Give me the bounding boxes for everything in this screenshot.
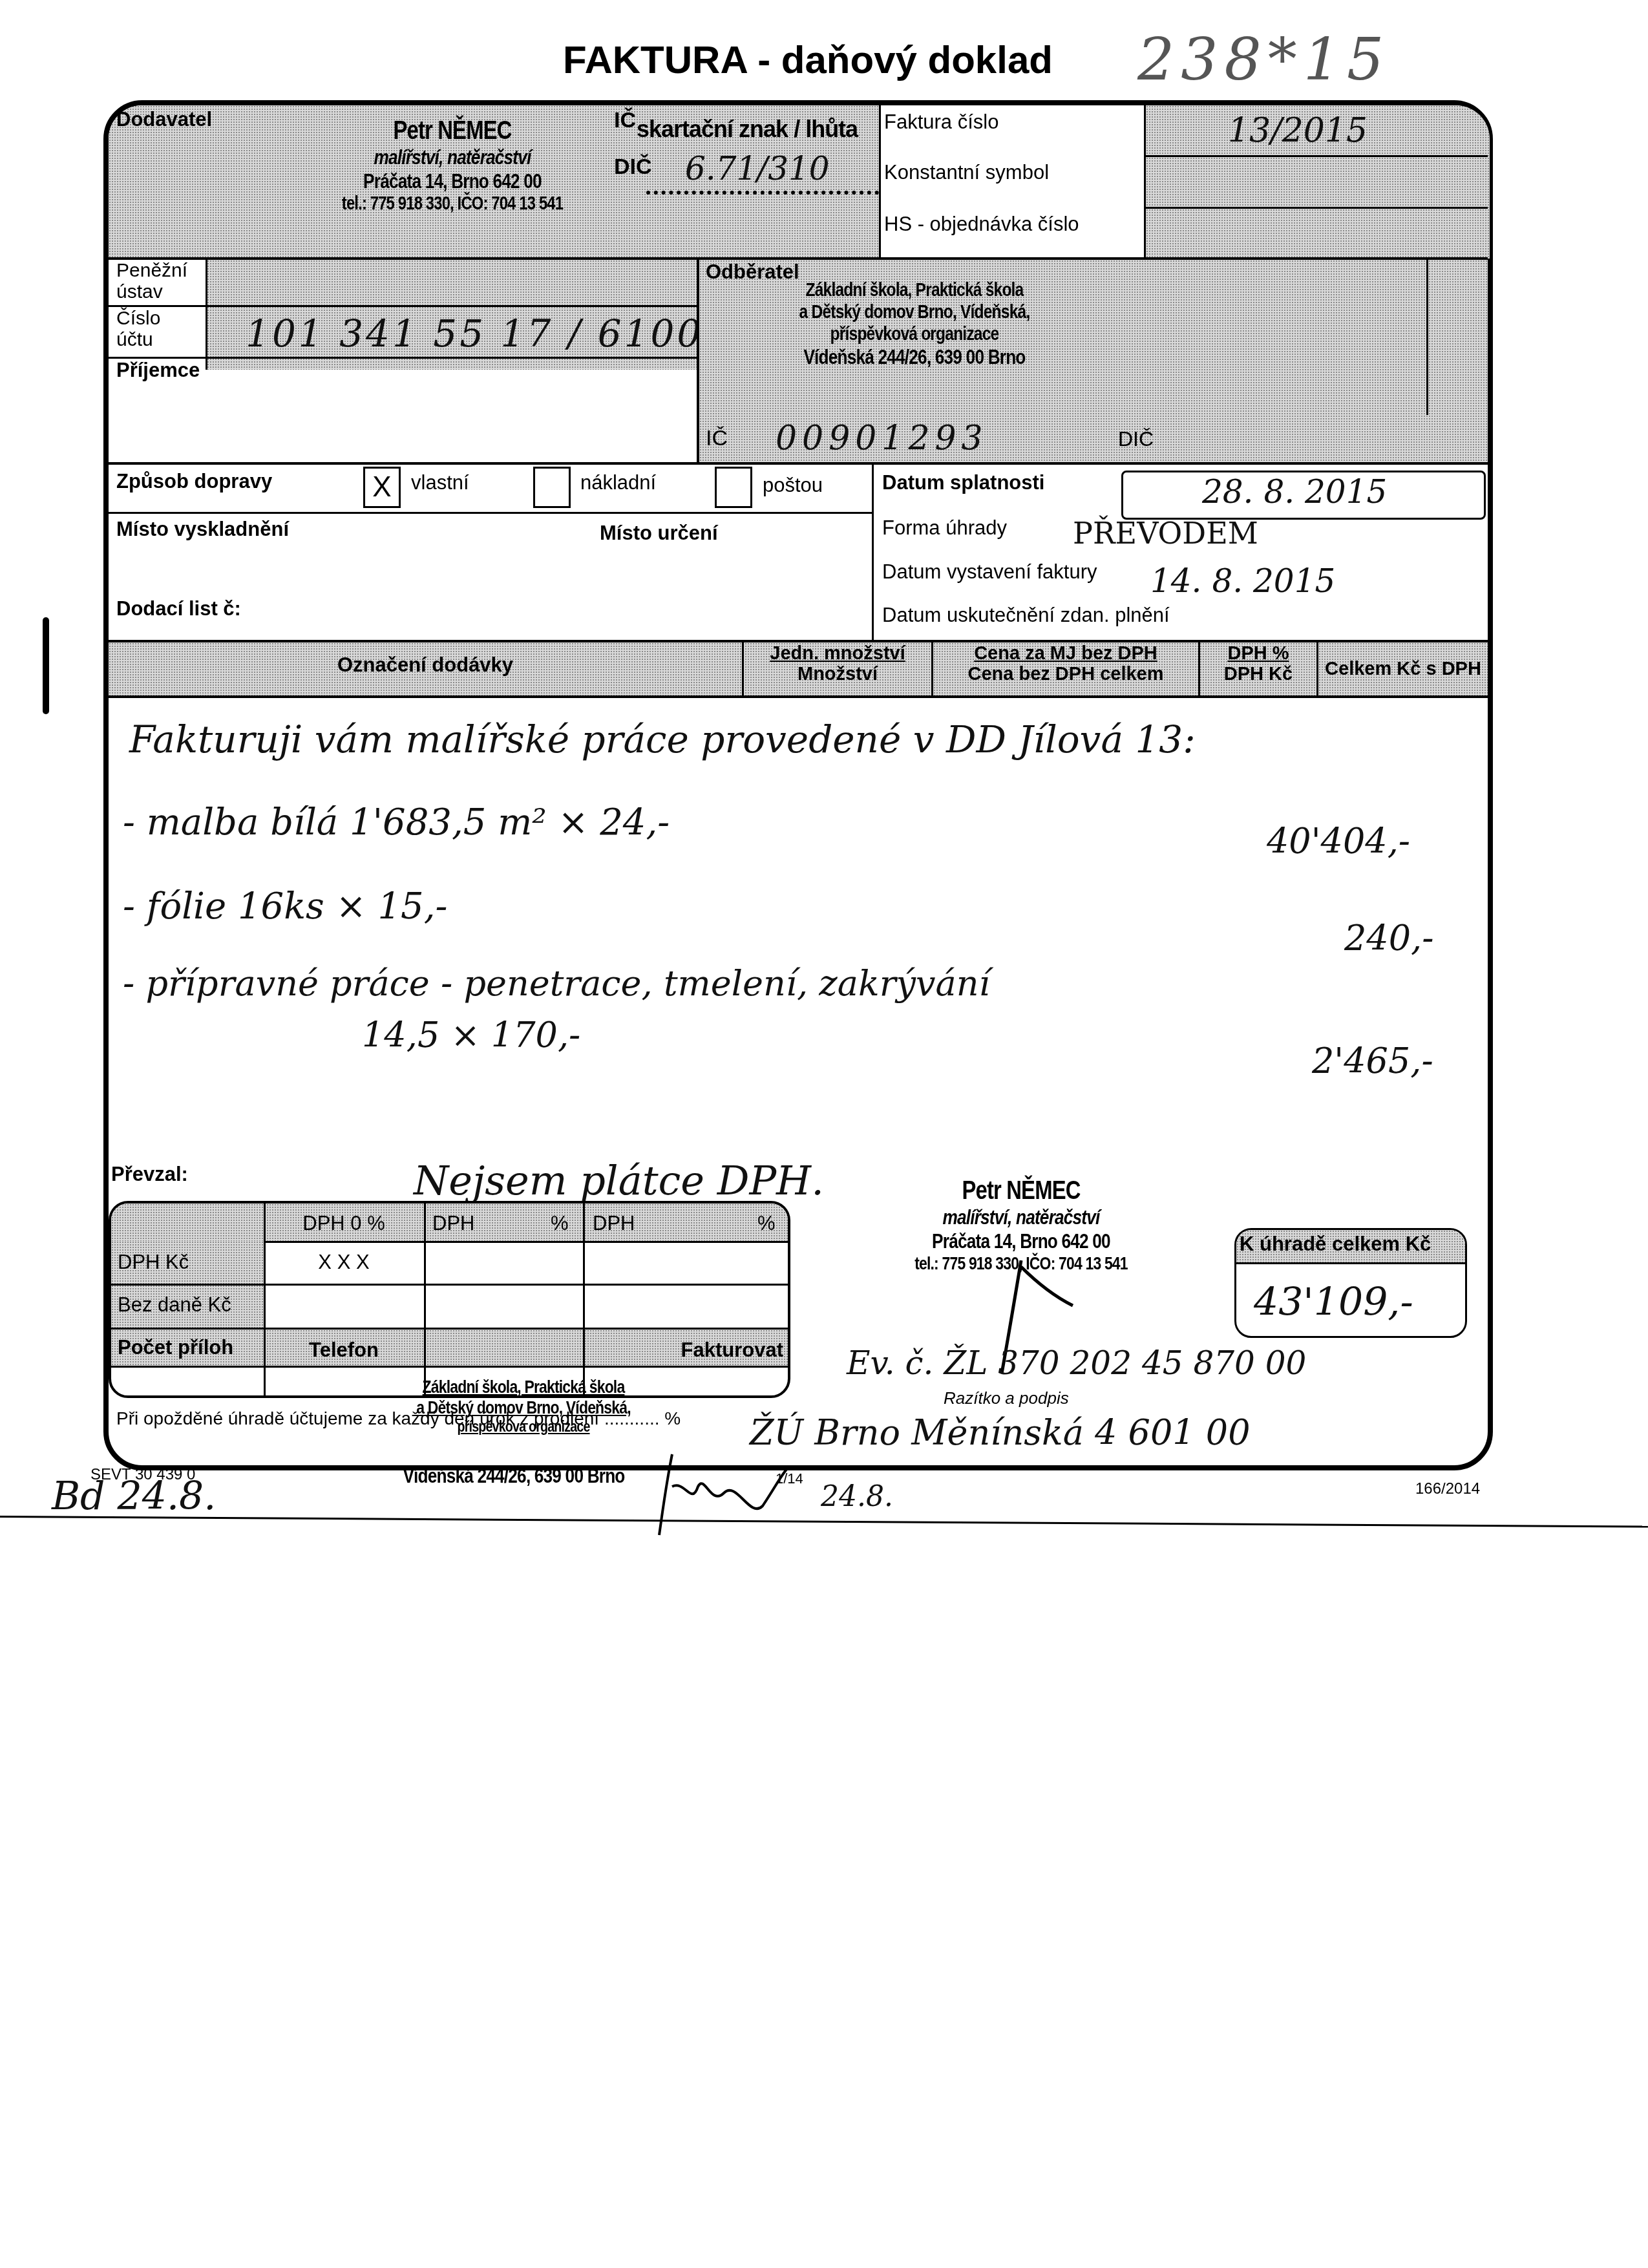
account-label: Číslo účtu — [116, 308, 160, 350]
supplier-contact: tel.: 775 918 330, IČO: 704 13 541 — [304, 193, 600, 215]
transport-freight-checkbox[interactable] — [533, 467, 571, 508]
bank-value[interactable] — [213, 262, 692, 307]
dispatch-place-label: Místo vyskladnění — [116, 518, 289, 540]
vat-row-amount-c1[interactable]: X X X — [273, 1251, 415, 1273]
delivery-note-label: Dodací list č: — [116, 598, 241, 620]
archive-mark-label: skartační znak / lhůta — [637, 116, 858, 142]
constant-symbol-value[interactable] — [1150, 158, 1486, 204]
due-date-label: Datum splatnosti — [882, 472, 1044, 494]
invoice-number-value[interactable]: 13/2015 — [1228, 111, 1368, 150]
items-header-description: Označení dodávky — [109, 654, 742, 676]
order-number-label: HS - objednávka číslo — [884, 213, 1079, 235]
receipt-stamp-line1: Základní škola, Praktická škola — [391, 1377, 656, 1397]
customer-ic-label: IČ — [706, 427, 728, 450]
form-version: 166/2014 — [1415, 1480, 1480, 1498]
customer-stamp: Základní škola, Praktická škola a Dětský… — [763, 279, 1066, 369]
issue-date-label: Datum vystavení faktury — [882, 561, 1097, 583]
item-row-3-description[interactable]: - přípravné práce - penetrace, tmelení, … — [123, 963, 990, 1004]
vat-row-amount-c2[interactable] — [431, 1245, 576, 1280]
items-header-price-total: Cena bez DPH celkem — [933, 664, 1198, 685]
items-header-unit-qty: Jedn. množství — [744, 644, 931, 664]
recipient-value[interactable] — [116, 388, 692, 452]
customer-dic-value[interactable] — [1163, 420, 1422, 459]
vat-row-amount-label: DPH Kč — [118, 1251, 189, 1273]
vat-row-amount-c3[interactable] — [589, 1245, 783, 1280]
items-header-price: Cena za MJ bez DPH Cena bez DPH celkem — [933, 644, 1198, 685]
account-label-line1: Číslo — [116, 308, 160, 329]
items-header-quantity: Množství — [744, 664, 931, 685]
binder-mark — [43, 617, 49, 714]
scan-edge-line — [0, 1516, 1648, 1528]
supplier-address: Práčata 14, Brno 642 00 — [304, 169, 600, 193]
issue-date-value[interactable]: 14. 8. 2015 — [1150, 562, 1335, 600]
item-row-1-description[interactable]: - malba bílá 1'683,5 m² × 24,- — [123, 801, 670, 843]
approval-signature-icon — [653, 1448, 821, 1538]
items-header-total: Celkem Kč s DPH — [1318, 659, 1488, 680]
signature-stamp-line2: malířství, natěračství — [889, 1205, 1154, 1229]
late-payment-note: Při opožděné úhradě účtujeme za každý de… — [116, 1409, 681, 1429]
payment-form-value[interactable]: PŘEVODEM — [1073, 516, 1258, 551]
transport-post-checkbox[interactable] — [715, 467, 752, 508]
invoice-number-label: Faktura číslo — [884, 111, 998, 133]
customer-line2: a Dětský domov Brno, Vídeňská, — [790, 301, 1039, 323]
document-title: FAKTURA - daňový doklad — [530, 37, 1086, 82]
item-row-1-amount[interactable]: 40'404,- — [1267, 821, 1410, 862]
supplier-ic-label: IČ — [614, 109, 636, 132]
customer-stamp-address: Vídeňská 244/26, 639 00 Brno — [389, 1464, 638, 1488]
item-row-2-description[interactable]: - fólie 16ks × 15,- — [123, 885, 447, 927]
recipient-label: Příjemce — [116, 359, 200, 381]
items-header-unit-price: Cena za MJ bez DPH — [933, 644, 1198, 664]
trade-office-address: ŽÚ Brno Měnínská 4 601 00 — [750, 1412, 1250, 1453]
transport-label: Způsob dopravy — [116, 471, 272, 493]
bank-label: Peněžní ústav — [116, 260, 187, 302]
supplier-trade: malířství, natěračství — [304, 145, 600, 169]
taxable-date-value[interactable] — [1202, 601, 1480, 633]
due-date-value: 28. 8. 2015 — [1202, 473, 1387, 511]
supplier-stamp: Petr NĚMEC malířství, natěračství Práčat… — [271, 116, 633, 215]
total-due-value[interactable]: 43'109,- — [1254, 1280, 1413, 1325]
item-row-3-amount[interactable]: 2'465,- — [1312, 1041, 1433, 1081]
customer-line3: příspěvková organizace — [790, 323, 1039, 345]
constant-symbol-label: Konstantní symbol — [884, 162, 1049, 184]
order-number-value[interactable] — [1150, 210, 1486, 255]
customer-line4: Vídeňská 244/26, 639 00 Brno — [790, 345, 1039, 369]
total-due-label: K úhradě celkem Kč — [1240, 1233, 1431, 1255]
account-number-value[interactable]: 101 341 55 17 / 6100 — [246, 312, 703, 355]
items-header-vat-amount: DPH Kč — [1200, 664, 1316, 685]
vat-col-2-header: DPH — [593, 1213, 635, 1235]
received-by-label: Převzal: — [111, 1163, 188, 1185]
transport-freight-label: nákladní — [580, 472, 656, 494]
signature-stamp-line1: Petr NĚMEC — [889, 1176, 1154, 1205]
bank-label-line2: ústav — [116, 281, 187, 302]
transport-own-label: vlastní — [411, 472, 469, 494]
items-intro: Fakturuji vám malířské práce provedené v… — [129, 717, 1454, 761]
destination-label: Místo určení — [600, 522, 718, 544]
invoice-to-label: Fakturovat — [589, 1339, 783, 1361]
trade-registration-number: Ev. č. ŽL 370 202 45 870 00 — [847, 1344, 1306, 1382]
taxable-date-label: Datum uskutečnění zdan. plnění — [882, 604, 1170, 626]
vat-row-base-c3[interactable] — [589, 1288, 783, 1323]
attachments-label: Počet příloh — [118, 1337, 233, 1359]
vat-col-2-percent: % — [757, 1213, 776, 1235]
customer-line1: Základní škola, Praktická škola — [790, 279, 1039, 301]
supplier-dic-value[interactable]: 6.71/310 — [685, 150, 830, 187]
supplier-dic-label: DIČ — [614, 155, 652, 179]
not-vat-payer-note: Nejsem plátce DPH. — [414, 1157, 824, 1204]
items-header-vat-rate: DPH % — [1200, 644, 1316, 664]
vat-summary-table: DPH 0 % DPH % DPH % DPH Kč X X X Bez dan… — [109, 1201, 790, 1398]
phone-label: Telefon — [273, 1339, 415, 1361]
transport-own-checkbox[interactable]: X — [363, 467, 401, 508]
customer-ic-value[interactable]: 00901293 — [776, 419, 988, 458]
transport-post-label: poštou — [763, 474, 823, 496]
supplier-name: Petr NĚMEC — [304, 116, 600, 145]
supplier-label: Dodavatel — [116, 109, 212, 131]
supplier-signature-stamp: Petr NĚMEC malířství, natěračství Práčat… — [860, 1176, 1183, 1274]
registry-stamp: 238*15 — [1137, 26, 1390, 94]
vat-row-base-label: Bez daně Kč — [118, 1294, 231, 1316]
vat-col-0-header: DPH 0 % — [273, 1213, 415, 1235]
signature-stamp-line3: Práčata 14, Brno 642 00 — [889, 1229, 1154, 1253]
items-header-qty: Jedn. množství Množství — [744, 644, 931, 685]
vat-row-base-c1[interactable] — [273, 1288, 418, 1323]
item-row-3-detail[interactable]: 14,5 × 170,- — [362, 1015, 580, 1055]
vat-col-1-header: DPH — [432, 1213, 474, 1235]
vat-row-base-c2[interactable] — [431, 1288, 576, 1323]
approval-initials-left: Bd 24.8. — [52, 1474, 216, 1519]
bank-label-line1: Peněžní — [116, 260, 187, 281]
dic-dotted-line — [646, 191, 879, 195]
account-label-line2: účtu — [116, 329, 160, 350]
customer-dic-label: DIČ — [1118, 428, 1154, 450]
payment-form-label: Forma úhrady — [882, 517, 1007, 539]
approval-initials-right: 24.8. — [821, 1480, 893, 1513]
item-row-2-amount[interactable]: 240,- — [1344, 918, 1433, 959]
signature-label: Razítko a podpis — [944, 1388, 1069, 1408]
items-header-vat: DPH % DPH Kč — [1200, 644, 1316, 685]
vat-col-1-percent: % — [551, 1213, 569, 1235]
